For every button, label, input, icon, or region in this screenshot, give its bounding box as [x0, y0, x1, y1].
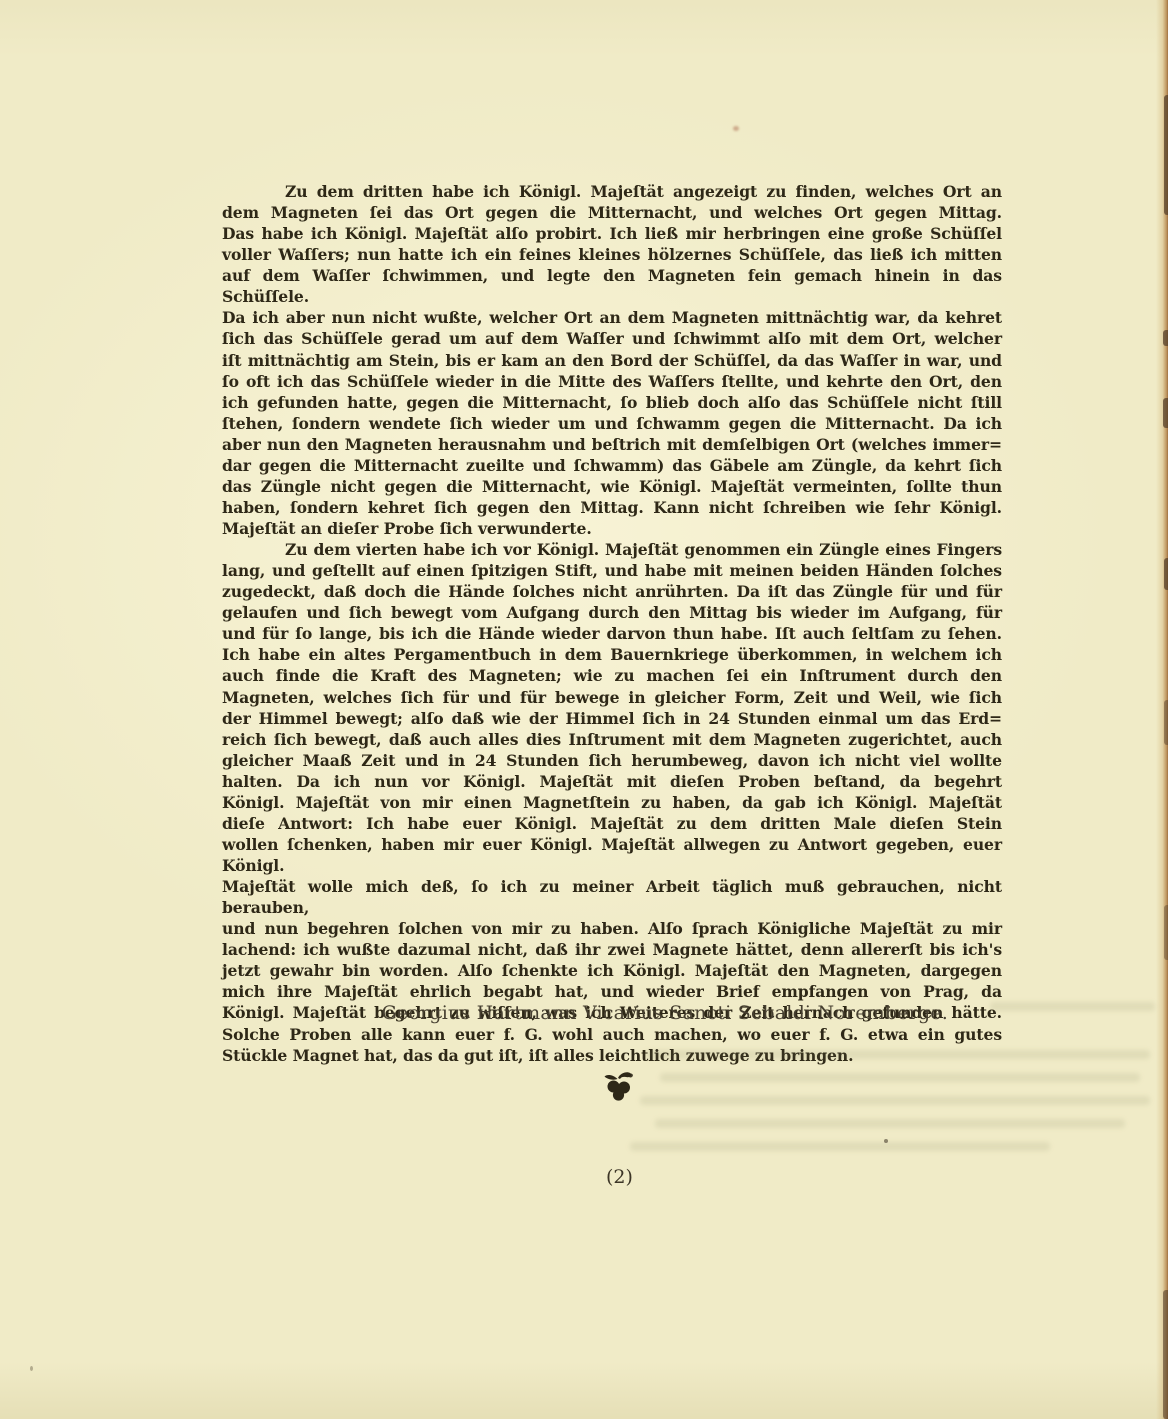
- text-line: Magneten, welches ſich für und für beweg…: [222, 687, 1002, 708]
- text-line: lang, und geſtellt auf einen ſpitzigen S…: [222, 560, 1002, 581]
- text-line: mich ihre Majeſtät ehrlich begabt hat, u…: [222, 981, 1002, 1002]
- text-line: gelaufen und ſich bewegt vom Aufgang dur…: [222, 602, 1002, 623]
- text-line: ſich das Schüſſele gerad um auf dem Waſſ…: [222, 328, 1002, 349]
- scanned-book-page: Zu dem dritten habe ich Königl. Majeſtät…: [0, 0, 1168, 1419]
- page-number: (2): [606, 1166, 633, 1188]
- text-line: Königl. Majeſtät von mir einen Magnetſte…: [222, 792, 1002, 813]
- signature-line: Georgius Hartmann Vicarius Sancti Sebald…: [222, 1002, 1002, 1024]
- text-line: Zu dem vierten habe ich vor Königl. Maje…: [222, 539, 1002, 560]
- text-line: Das habe ich Königl. Majeſtät alſo probi…: [222, 223, 1002, 244]
- text-line: ich gefunden hatte, gegen die Mitternach…: [222, 392, 1002, 413]
- text-line: haben, ſondern kehret ſich gegen den Mit…: [222, 497, 1002, 518]
- text-line: Solche Proben alle kann euer f. G. wohl …: [222, 1024, 1002, 1045]
- text-line: iſt mittnächtig am Stein, bis er kam an …: [222, 350, 1002, 371]
- text-line: Ich habe ein altes Pergamentbuch in dem …: [222, 644, 1002, 665]
- text-line: auf dem Waſſer ſchwimmen, und legte den …: [222, 265, 1002, 307]
- text-line: wollen ſchenken, haben mir euer Königl. …: [222, 834, 1002, 876]
- text-line: zugedeckt, daß doch die Hände ſolches ni…: [222, 581, 1002, 602]
- text-line: ſo oft ich das Schüſſele wieder in die M…: [222, 371, 1002, 392]
- text-line: dieſe Antwort: Ich habe euer Königl. Maj…: [222, 813, 1002, 834]
- text-line: jetzt gewahr bin worden. Alſo ſchenkte i…: [222, 960, 1002, 981]
- paper-speck: [242, 605, 245, 608]
- paper-speck: [884, 1139, 888, 1143]
- paper-speck: [733, 126, 739, 131]
- text-line: halten. Da ich nun vor Königl. Majeſtät …: [222, 771, 1002, 792]
- text-line: voller Waſſers; nun hatte ich ein feines…: [222, 244, 1002, 265]
- text-line: reich ſich bewegt, daß auch alles dies I…: [222, 729, 1002, 750]
- text-line: und nun begehren ſolchen von mir zu habe…: [222, 918, 1002, 939]
- text-line: das Züngle nicht gegen die Mitternacht, …: [222, 476, 1002, 497]
- body-text: Zu dem dritten habe ich Königl. Majeſtät…: [222, 181, 1002, 1066]
- text-line: aber nun den Magneten herausnahm und beſ…: [222, 434, 1002, 455]
- text-line: der Himmel bewegt; alſo daß wie der Himm…: [222, 708, 1002, 729]
- text-line: lachend: ich wußte dazumal nicht, daß ih…: [222, 939, 1002, 960]
- text-line: Majeſtät an dieſer Probe ſich verwundert…: [222, 518, 1002, 539]
- text-line: dem Magneten ſei das Ort gegen die Mitte…: [222, 202, 1002, 223]
- text-line: dar gegen die Mitternacht zueilte und ſc…: [222, 455, 1002, 476]
- text-line: Majeſtät wolle mich deß, ſo ich zu meine…: [222, 876, 1002, 918]
- page-edge-shadow: [1156, 0, 1168, 1419]
- text-line: und für ſo lange, bis ich die Hände wied…: [222, 623, 1002, 644]
- fleuron-icon: [603, 1070, 635, 1106]
- text-line: auch finde die Kraft des Magneten; wie z…: [222, 665, 1002, 686]
- paper-speck: [30, 1366, 33, 1371]
- text-line: gleicher Maaß Zeit und in 24 Stunden ſic…: [222, 750, 1002, 771]
- text-line: Zu dem dritten habe ich Königl. Majeſtät…: [222, 181, 1002, 202]
- text-line: ſtehen, ſondern wendete ſich wieder um u…: [222, 413, 1002, 434]
- text-line: Da ich aber nun nicht wußte, welcher Ort…: [222, 307, 1002, 328]
